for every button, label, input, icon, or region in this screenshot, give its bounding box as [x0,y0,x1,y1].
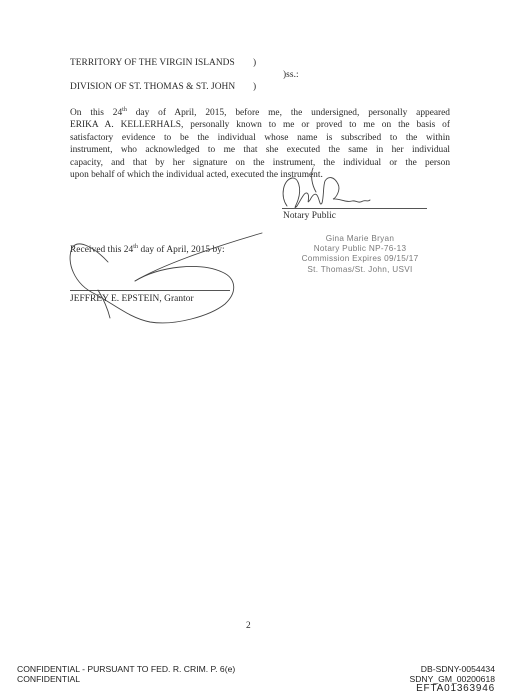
footer-confidential: CONFIDENTIAL [17,674,80,684]
footer-confidential-rule: CONFIDENTIAL - PURSUANT TO FED. R. CRIM.… [17,664,235,674]
page-number: 2 [246,620,251,632]
footer-db-sdny-id: DB-SDNY-0054434 [421,664,495,674]
bates-number: EFTA01363946 [416,683,495,694]
notary-signature [283,168,370,208]
grantor-signature [70,233,262,323]
handwritten-signatures [0,0,512,699]
